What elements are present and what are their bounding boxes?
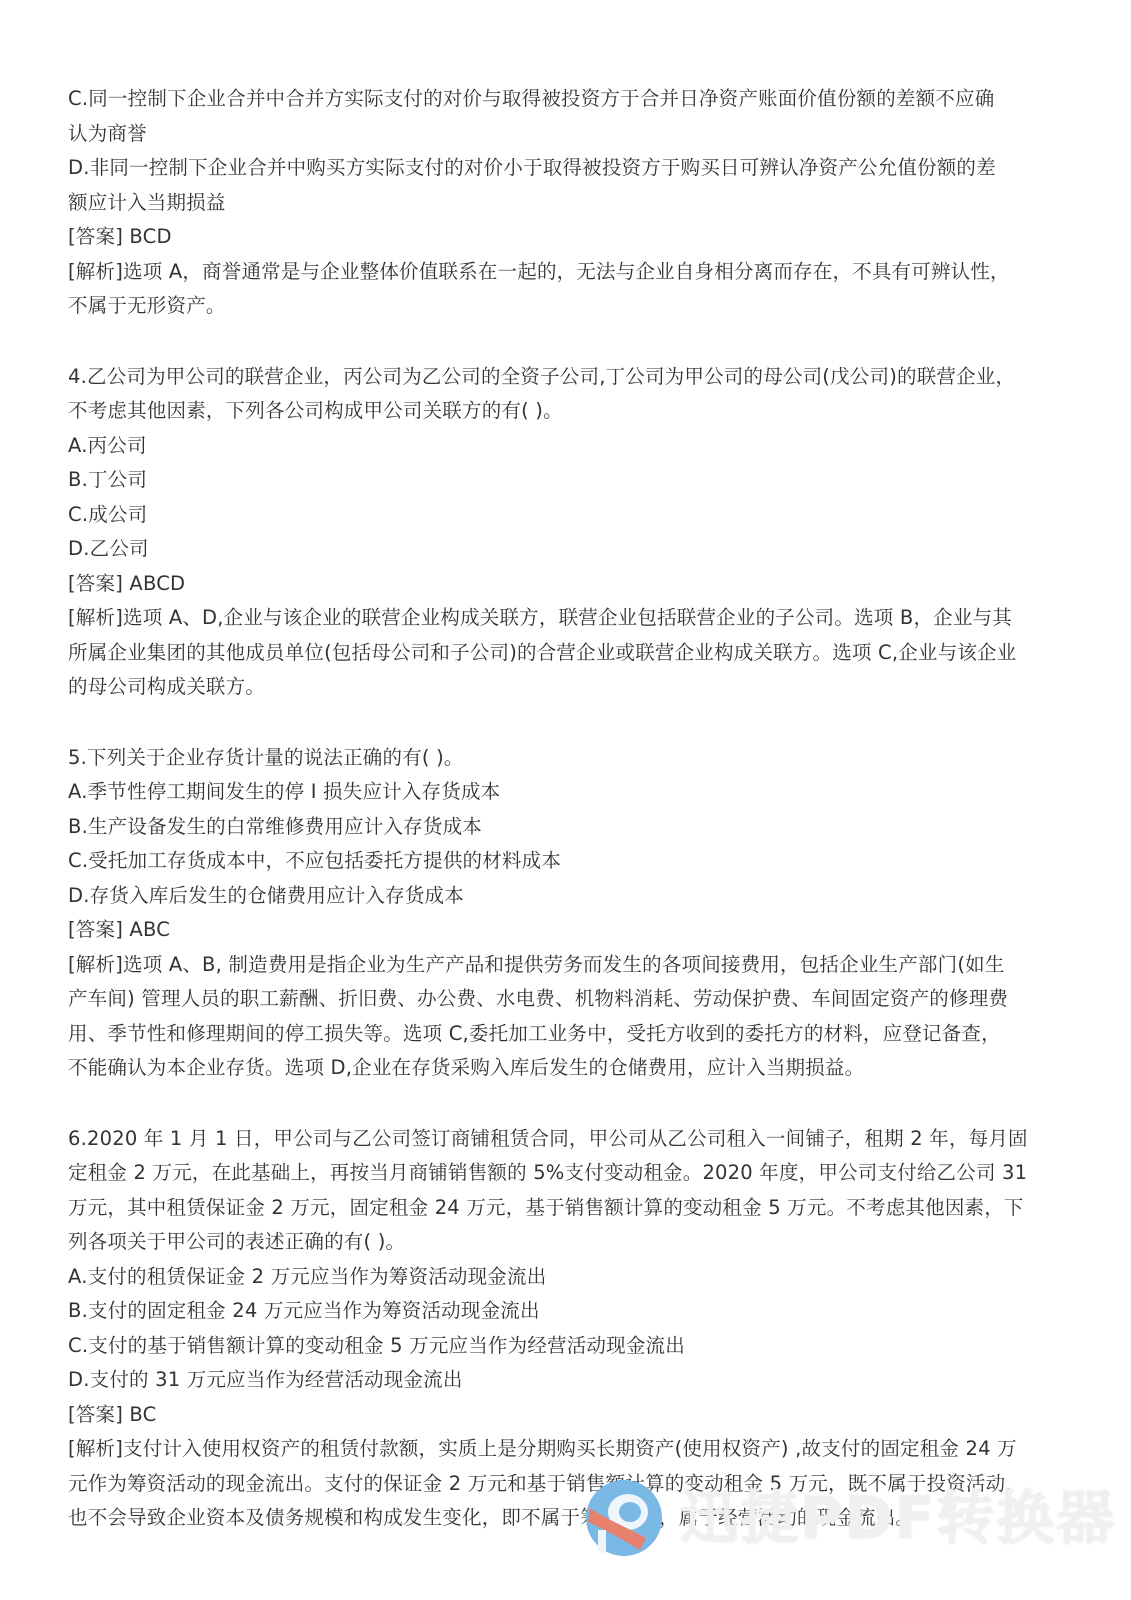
option-c: C.受托加工存货成本中，不应包括委托方提供的材料成本 bbox=[68, 844, 1063, 879]
watermark-text: 迅捷PDF转换器 bbox=[680, 1482, 1116, 1554]
answer: [答案] ABCD bbox=[68, 567, 1063, 602]
analysis-line: [解析]选项 A、B, 制造费用是指企业为生产产品和提供劳务而发生的各项间接费用… bbox=[68, 948, 1063, 983]
question-5: 5.下列关于企业存货计量的说法正确的有( )。 A.季节性停工期间发生的停 I … bbox=[68, 741, 1063, 1086]
question-stem: 不考虑其他因素，下列各公司构成甲公司关联方的有( )。 bbox=[68, 394, 1063, 429]
option-b: B.丁公司 bbox=[68, 463, 1063, 498]
option-d: D.乙公司 bbox=[68, 532, 1063, 567]
option-d: D.存货入库后发生的仓储费用应计入存货成本 bbox=[68, 879, 1063, 914]
option-c-cont: 认为商誉 bbox=[68, 117, 1063, 152]
analysis-line: [解析]选项 A、D,企业与该企业的联营企业构成关联方，联营企业包括联营企业的子… bbox=[68, 601, 1063, 636]
question-stem: 4.乙公司为甲公司的联营企业，丙公司为乙公司的全资子公司,丁公司为甲公司的母公司… bbox=[68, 360, 1063, 395]
question-stem: 万元，其中租赁保证金 2 万元，固定租金 24 万元，基于销售额计算的变动租金 … bbox=[68, 1191, 1063, 1226]
option-d: D.支付的 31 万元应当作为经营活动现金流出 bbox=[68, 1363, 1063, 1398]
analysis-line: 不能确认为本企业存货。选项 D,企业在存货采购入库后发生的仓储费用，应计入当期损… bbox=[68, 1051, 1063, 1086]
analysis-line: [解析]选项 A，商誉通常是与企业整体价值联系在一起的，无法与企业自身相分离而存… bbox=[68, 255, 1063, 290]
question-3-tail: C.同一控制下企业合并中合并方实际支付的对价与取得被投资方于合并日净资产账面价值… bbox=[68, 82, 1063, 324]
analysis-line: [解析]支付计入使用权资产的租赁付款额，实质上是分期购买长期资产(使用权资产) … bbox=[68, 1432, 1063, 1467]
pdf-converter-logo-icon bbox=[584, 1478, 664, 1558]
analysis-line: 的母公司构成关联方。 bbox=[68, 670, 1063, 705]
question-4: 4.乙公司为甲公司的联营企业，丙公司为乙公司的全资子公司,丁公司为甲公司的母公司… bbox=[68, 360, 1063, 705]
option-a: A.丙公司 bbox=[68, 429, 1063, 464]
answer: [答案] BCD bbox=[68, 220, 1063, 255]
option-d-cont: 额应计入当期损益 bbox=[68, 186, 1063, 221]
option-b: B.生产设备发生的白常维修费用应计入存货成本 bbox=[68, 810, 1063, 845]
document-page: C.同一控制下企业合并中合并方实际支付的对价与取得被投资方于合并日净资产账面价值… bbox=[68, 82, 1063, 1536]
answer: [答案] ABC bbox=[68, 913, 1063, 948]
option-c: C.成公司 bbox=[68, 498, 1063, 533]
question-stem: 列各项关于甲公司的表述正确的有( )。 bbox=[68, 1225, 1063, 1260]
answer: [答案] BC bbox=[68, 1398, 1063, 1433]
analysis-line: 不属于无形资产。 bbox=[68, 289, 1063, 324]
option-d: D.非同一控制下企业合并中购买方实际支付的对价小于取得被投资方于购买日可辨认净资… bbox=[68, 151, 1063, 186]
option-c: C.支付的基于销售额计算的变动租金 5 万元应当作为经营活动现金流出 bbox=[68, 1329, 1063, 1364]
option-a: A.季节性停工期间发生的停 I 损失应计入存货成本 bbox=[68, 775, 1063, 810]
option-a: A.支付的租赁保证金 2 万元应当作为筹资活动现金流出 bbox=[68, 1260, 1063, 1295]
question-6: 6.2020 年 1 月 1 日，甲公司与乙公司签订商铺租赁合同，甲公司从乙公司… bbox=[68, 1122, 1063, 1536]
analysis-line: 产车间) 管理人员的职工薪酬、折旧费、办公费、水电费、机物料消耗、劳动保护费、车… bbox=[68, 982, 1063, 1017]
question-stem: 6.2020 年 1 月 1 日，甲公司与乙公司签订商铺租赁合同，甲公司从乙公司… bbox=[68, 1122, 1063, 1157]
analysis-line: 用、季节性和修理期间的停工损失等。选项 C,委托加工业务中，受托方收到的委托方的… bbox=[68, 1017, 1063, 1052]
analysis-line: 所属企业集团的其他成员单位(包括母公司和子公司)的合营企业或联营企业构成关联方。… bbox=[68, 636, 1063, 671]
question-stem: 5.下列关于企业存货计量的说法正确的有( )。 bbox=[68, 741, 1063, 776]
option-c: C.同一控制下企业合并中合并方实际支付的对价与取得被投资方于合并日净资产账面价值… bbox=[68, 82, 1063, 117]
question-stem: 定租金 2 万元，在此基础上，再按当月商铺销售额的 5%支付变动租金。2020 … bbox=[68, 1156, 1063, 1191]
option-b: B.支付的固定租金 24 万元应当作为筹资活动现金流出 bbox=[68, 1294, 1063, 1329]
watermark: 迅捷PDF转换器 bbox=[584, 1478, 1104, 1578]
